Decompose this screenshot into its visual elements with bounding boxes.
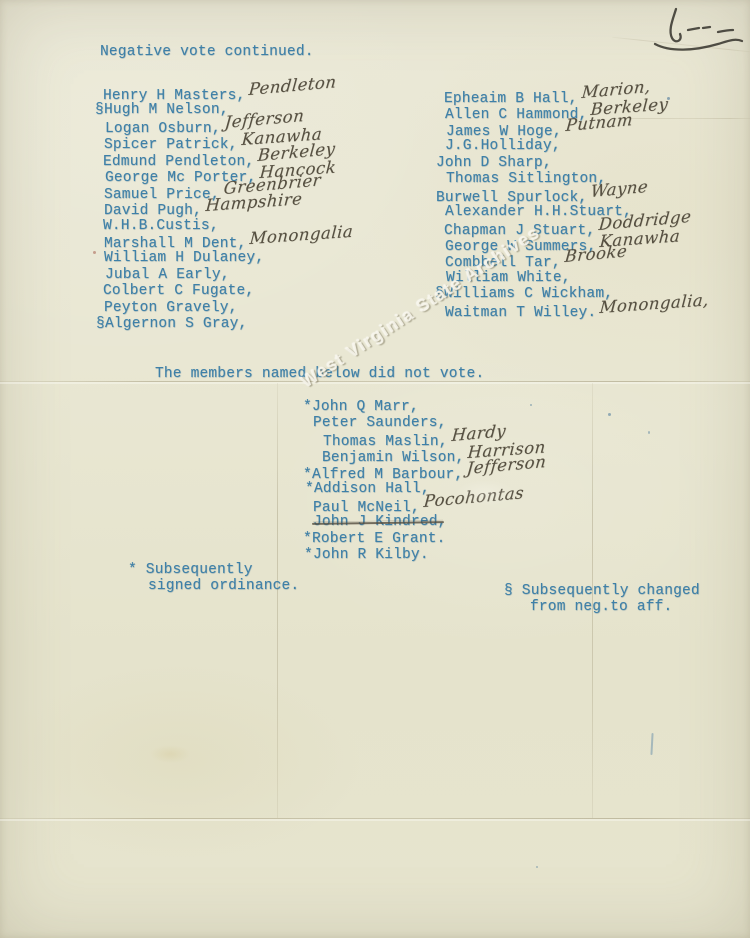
- footnote-section-line1: § Subsequently changed: [504, 583, 700, 599]
- ink-speck: [648, 431, 650, 434]
- footnote-asterisk: * Subsequently signed ordinance.: [128, 562, 299, 595]
- voter-name: Waitman T Willey.: [445, 305, 596, 321]
- ink-speck: [608, 413, 611, 416]
- footnote-asterisk-line2: signed ordinance.: [128, 578, 299, 594]
- voter-name: Colbert C Fugate,: [103, 283, 254, 299]
- voter-name: W.H.B.Custis,: [103, 218, 219, 234]
- voter-name: John Q Marr,: [312, 399, 419, 415]
- voter-name: John R Kilby.: [313, 547, 429, 563]
- voter-row: Peter Saunders,: [304, 415, 546, 431]
- voter-row: *John R Kilby.: [304, 547, 546, 563]
- voter-name: Algernon S Gray,: [105, 316, 247, 332]
- signed-ordinance-symbol: *: [303, 531, 312, 547]
- voter-name: Spicer Patrick,: [104, 137, 238, 153]
- voter-row: *Alfred M Barbour,Jefferson: [303, 465, 546, 481]
- voter-row: J.G.Holliday,: [436, 138, 709, 154]
- negative-vote-left-column: Henry H Masters,Pendleton §Hugh M Nelson…: [95, 86, 353, 333]
- footnote-section-line2: from neg.to aff.: [504, 599, 700, 615]
- voter-name: Addison Hall,: [314, 481, 430, 497]
- voter-name: Jubal A Early,: [105, 267, 230, 283]
- voter-row: Combbell Tar,Brooke: [436, 253, 709, 269]
- handwritten-county: Hampshire: [205, 191, 303, 214]
- voter-name: Hugh M Nelson,: [104, 102, 229, 118]
- voter-row: §Algernon S Gray,: [96, 316, 353, 332]
- voter-row: §Hugh M Nelson,: [95, 102, 353, 118]
- voter-name: Williams C Wickham,: [444, 286, 613, 302]
- voter-name: William H Dulaney,: [104, 250, 264, 266]
- voter-row: John D Sharp,: [427, 155, 709, 171]
- negative-vote-right-column: Epheaim B Hall,Marion, Allen C Hammond,B…: [436, 89, 709, 319]
- voter-row: Peyton Gravely,: [95, 300, 353, 316]
- voter-row-struck-through: John J Kindred,: [304, 514, 546, 530]
- voter-name: Peter Saunders,: [313, 415, 447, 431]
- footnote-asterisk-line1: * Subsequently: [128, 562, 253, 578]
- voter-row: Henry H Masters,Pendleton: [94, 86, 353, 102]
- voter-row: William H Dulaney,: [95, 250, 353, 266]
- voter-name: William White,: [446, 270, 571, 286]
- page-heading: Negative vote continued.: [100, 44, 314, 60]
- signed-ordinance-symbol: *: [305, 481, 314, 497]
- footnote-section: § Subsequently changed from neg.to aff.: [504, 583, 700, 616]
- voter-row: *Robert E Grant.: [303, 531, 546, 547]
- voter-row: Paul McNeil,Pocohontas: [304, 498, 546, 514]
- voter-row: Waitman T Willey.Monongalia,: [436, 303, 709, 319]
- voter-row: Thomas Sitlington,: [437, 171, 709, 187]
- handwritten-county: Putnam: [565, 112, 634, 135]
- handwritten-county: Brooke: [564, 244, 628, 266]
- fold-line-vertical-left: [277, 383, 278, 818]
- voter-name: John J Kindred,: [313, 514, 447, 530]
- handwritten-county: Pendleton: [248, 74, 337, 98]
- voter-name: Benjamin Wilson,: [313, 450, 464, 466]
- handwritten-county: Wayne: [590, 178, 649, 200]
- changed-vote-symbol: §: [435, 286, 444, 302]
- voter-row: David Pugh,Hampshire: [95, 201, 353, 217]
- handwritten-county: Monongalia: [249, 224, 354, 248]
- ink-fiber: [650, 733, 653, 755]
- voter-name: J.G.Holliday,: [445, 138, 561, 154]
- voter-row: Jubal A Early,: [96, 267, 353, 283]
- voter-row: William White,: [437, 270, 709, 286]
- voter-row: Burwell Spurlock,Wayne: [427, 188, 709, 204]
- voter-name: Thomas Sitlington,: [446, 171, 606, 187]
- voter-row: Marshall M Dent,Monongalia: [95, 234, 353, 250]
- ink-speck: [536, 866, 538, 868]
- changed-vote-symbol: §: [96, 316, 105, 332]
- paper-stain: [150, 745, 190, 763]
- fold-line-horizontal-lower: [0, 818, 750, 819]
- signed-ordinance-symbol: *: [304, 547, 313, 563]
- voter-row: *John Q Marr,: [303, 399, 546, 415]
- voter-name: Peyton Gravely,: [104, 300, 238, 316]
- voter-row: James W Hoge,Putnam: [437, 122, 709, 138]
- changed-vote-symbol: §: [95, 102, 104, 118]
- voter-row: Colbert C Fugate,: [94, 283, 353, 299]
- pencil-mark: [622, 2, 744, 54]
- document-scan: Negative vote continued. Henry H Masters…: [0, 0, 750, 938]
- signed-ordinance-symbol: *: [303, 399, 312, 415]
- nonvote-list: *John Q Marr, Peter Saunders, Thomas Mas…: [304, 399, 546, 563]
- voter-name: Robert E Grant.: [312, 531, 446, 547]
- voter-name: John D Sharp,: [436, 155, 552, 171]
- handwritten-county: Jefferson: [466, 454, 547, 478]
- nonvote-heading: The members named below did not vote.: [155, 366, 484, 382]
